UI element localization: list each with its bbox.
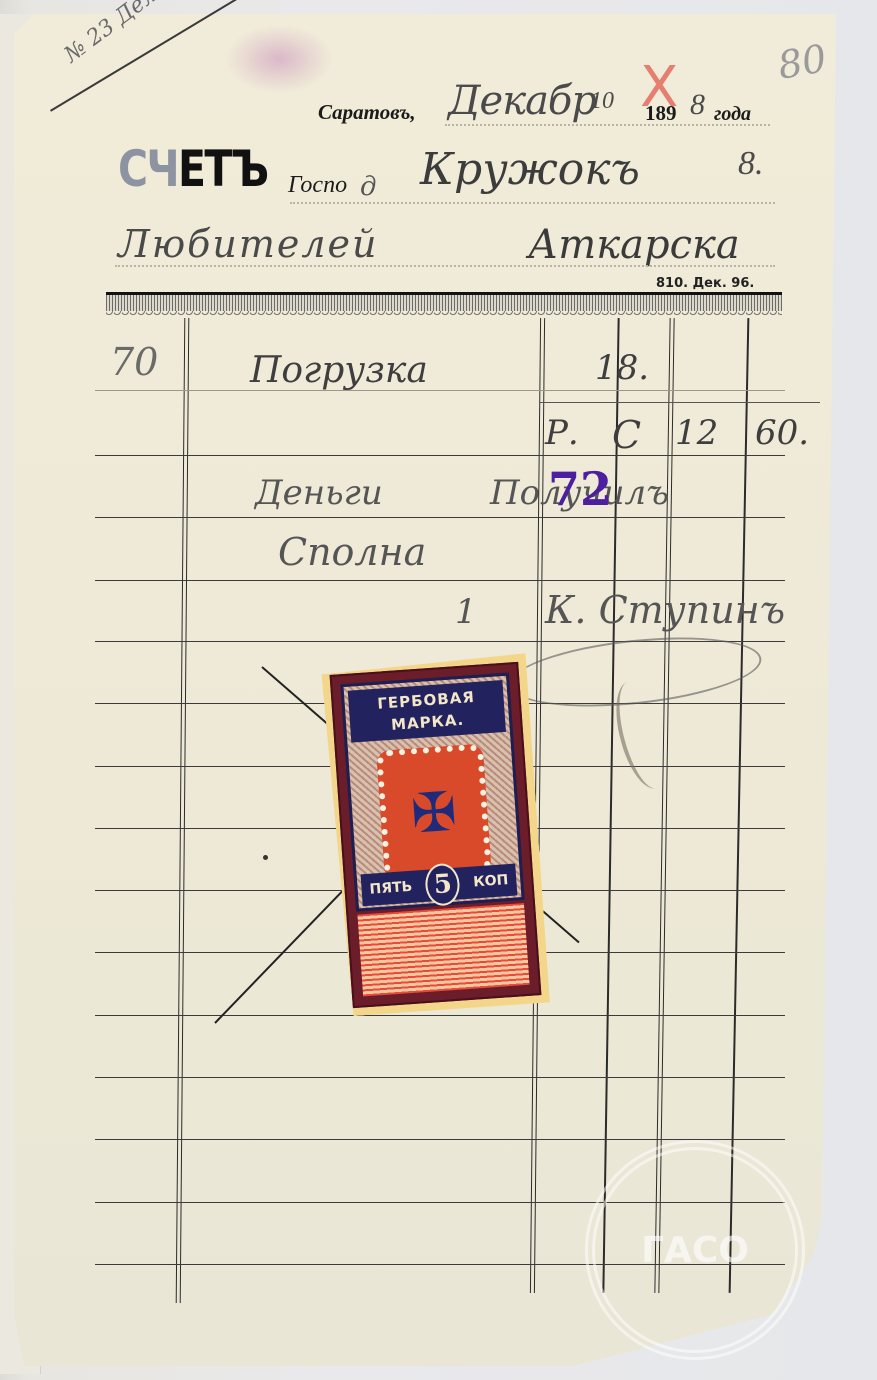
stamp-value-left: ПЯТЬ bbox=[369, 879, 413, 898]
side-mark: 8. bbox=[738, 145, 764, 183]
date-dotted-line bbox=[445, 124, 770, 126]
year-handwritten: 8 bbox=[690, 88, 705, 122]
revenue-stamp: ГЕРБОВАЯ МАРКА. ✠ ПЯТЬ 5 КОП bbox=[321, 653, 550, 1016]
receipt-in-full: Сполна bbox=[278, 530, 426, 574]
stamp-value-right: КОП bbox=[473, 872, 509, 890]
grid-row-line bbox=[95, 517, 785, 518]
red-correction-mark: X bbox=[640, 60, 678, 116]
date-month: Декабр bbox=[448, 78, 596, 124]
grid-row-line bbox=[95, 1015, 785, 1016]
bill-title-faded: СЧ bbox=[118, 140, 178, 198]
page-number: 80 bbox=[775, 36, 830, 88]
ink-dot bbox=[263, 855, 268, 860]
revenue-stamp-lower-panel bbox=[356, 902, 530, 998]
stamp-value-number: 5 bbox=[424, 862, 461, 906]
addressee-label: Госпо bbox=[288, 172, 347, 199]
ink-stain bbox=[224, 24, 334, 94]
receipt-money: Деньги bbox=[255, 473, 383, 513]
violet-number-stamp: 72 bbox=[548, 462, 612, 516]
recipient-line-2a: Любителей bbox=[118, 222, 379, 266]
entry-item-name: Погрузка bbox=[250, 350, 428, 391]
watermark-text: ГАСО bbox=[641, 1230, 749, 1271]
total-kopecks: 60. bbox=[755, 413, 809, 453]
recipient-line-2c: Аткарска bbox=[528, 222, 740, 268]
addressee-prefix: д bbox=[360, 172, 376, 202]
recipient-line-1: Кружокъ bbox=[420, 144, 640, 195]
signature-prefix: 1 bbox=[455, 592, 477, 632]
grid-row-line bbox=[95, 1077, 785, 1078]
grid-row-line bbox=[95, 580, 785, 581]
revenue-stamp-body: ГЕРБОВАЯ МАРКА. ✠ ПЯТЬ 5 КОП bbox=[330, 662, 542, 1008]
grid-row-line bbox=[95, 390, 785, 391]
bill-title-main: ЕТЪ bbox=[178, 140, 268, 198]
total-currency-c: С bbox=[612, 413, 641, 457]
entry-count: 18. bbox=[595, 348, 649, 388]
total-currency-r: Р. bbox=[545, 413, 579, 453]
city-label: Саратовъ, bbox=[318, 100, 416, 125]
entry-quantity: 70 bbox=[110, 340, 158, 384]
total-divider bbox=[540, 402, 820, 403]
double-headed-eagle-icon: ✠ bbox=[376, 743, 492, 880]
form-code: 810. Дек. 96. bbox=[656, 276, 754, 291]
date-day: 10 bbox=[590, 88, 614, 115]
grid-row-line bbox=[95, 455, 785, 456]
year-suffix: года bbox=[714, 103, 751, 126]
revenue-stamp-header: ГЕРБОВАЯ МАРКА. bbox=[348, 680, 506, 743]
eagle-glyph: ✠ bbox=[409, 779, 459, 845]
total-rubles: 12 bbox=[675, 413, 718, 453]
decorative-border-band bbox=[106, 292, 782, 311]
signature-name: К. Ступинъ bbox=[545, 588, 785, 632]
addressee-dotted-line bbox=[290, 202, 775, 204]
recipient-dotted-line bbox=[115, 265, 775, 267]
archive-watermark: ГАСО bbox=[585, 1140, 805, 1360]
bill-title: СЧЕТЪ bbox=[118, 140, 268, 198]
revenue-stamp-frame: ГЕРБОВАЯ МАРКА. ✠ ПЯТЬ 5 КОП bbox=[340, 672, 524, 911]
